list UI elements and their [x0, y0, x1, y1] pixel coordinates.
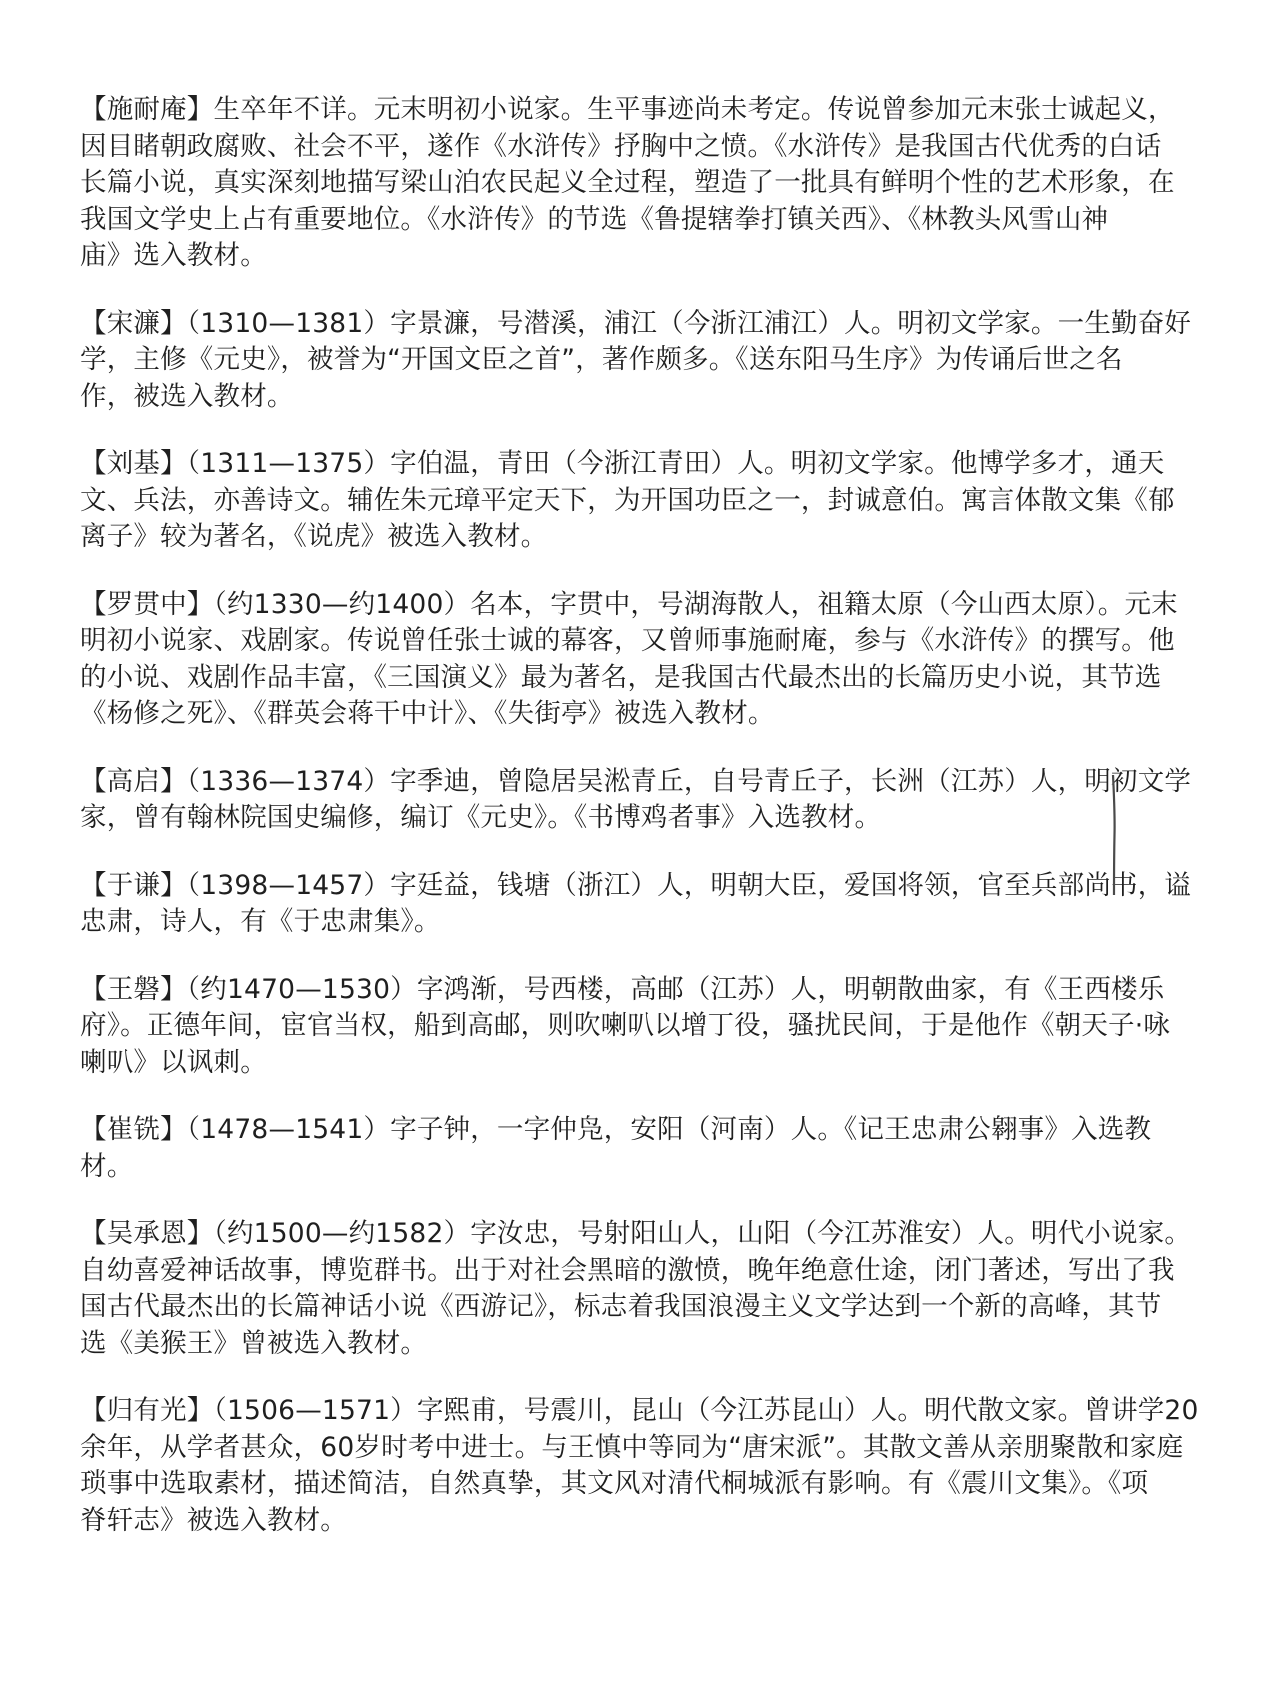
entry-line: 【崔铣】（1478—1541）字子钟，一字仲凫，安阳（河南）人。《记王忠肃公翱事…	[80, 1112, 1210, 1149]
entry-line: 【宋濂】（1310—1381）字景濂，号潜溪，浦江（今浙江浦江）人。明初文学家。…	[80, 306, 1210, 343]
entry-wu-chengen: 【吴承恩】（约1500—约1582）字汝忠，号射阳山人，山阳（今江苏淮安）人。明…	[80, 1216, 1210, 1362]
entry-line: 《杨修之死》、《群英会蒋干中计》、《失街亭》被选入教材。	[80, 696, 1210, 733]
entry-luo-guanzhong: 【罗贯中】（约1330—约1400）名本，字贯中，号湖海散人，祖籍太原（今山西太…	[80, 587, 1210, 733]
entry-line: 国古代最杰出的长篇神话小说《西游记》，标志着我国浪漫主义文学达到一个新的高峰，其…	[80, 1289, 1210, 1326]
entry-line: 余年，从学者甚众，60岁时考中进士。与王慎中等同为“唐宋派”。其散文善从亲朋聚散…	[80, 1430, 1210, 1467]
entry-wang-pan: 【王磐】（约1470—1530）字鸿渐，号西楼，高邮（江苏）人，明朝散曲家，有《…	[80, 972, 1210, 1082]
entry-line: 喇叭》以讽刺。	[80, 1045, 1210, 1082]
entry-line: 家，曾有翰林院国史编修，编订《元史》。《书博鸡者事》入选教材。	[80, 800, 1210, 837]
entry-gui-youguang: 【归有光】（1506—1571）字熙甫，号震川，昆山（今江苏昆山）人。明代散文家…	[80, 1393, 1210, 1539]
entry-yu-qian: 【于谦】（1398—1457）字廷益，钱塘（浙江）人，明朝大臣，爱国将领，官至兵…	[80, 868, 1210, 941]
entry-line: 【刘基】（1311—1375）字伯温，青田（今浙江青田）人。明初文学家。他博学多…	[80, 446, 1210, 483]
entry-line: 庙》选入教材。	[80, 238, 1210, 275]
entry-song-lian: 【宋濂】（1310—1381）字景濂，号潜溪，浦江（今浙江浦江）人。明初文学家。…	[80, 306, 1210, 416]
entry-line: 自幼喜爱神话故事，博览群书。出于对社会黑暗的激愤，晚年绝意仕途，闭门著述，写出了…	[80, 1253, 1210, 1290]
entry-line: 材。	[80, 1149, 1210, 1186]
entry-line: 【施耐庵】生卒年不详。元末明初小说家。生平事迹尚未考定。传说曾参加元末张士诚起义…	[80, 92, 1210, 129]
entry-line: 学，主修《元史》，被誉为“开国文臣之首”，著作颇多。《送东阳马生序》为传诵后世之…	[80, 342, 1210, 379]
entry-line: 选《美猴王》曾被选入教材。	[80, 1326, 1210, 1363]
entry-line: 的小说、戏剧作品丰富，《三国演义》最为著名，是我国古代最杰出的长篇历史小说，其节…	[80, 660, 1210, 697]
entry-line: 明初小说家、戏剧家。传说曾任张士诚的幕客，又曾师事施耐庵，参与《水浒传》的撰写。…	[80, 623, 1210, 660]
entry-line: 因目睹朝政腐败、社会不平，遂作《水浒传》抒胸中之愤。《水浒传》是我国古代优秀的白…	[80, 129, 1210, 166]
entry-shi-naian: 【施耐庵】生卒年不详。元末明初小说家。生平事迹尚未考定。传说曾参加元末张士诚起义…	[80, 92, 1210, 275]
author-notes-document: 【施耐庵】生卒年不详。元末明初小说家。生平事迹尚未考定。传说曾参加元末张士诚起义…	[80, 92, 1210, 1570]
entry-line: 【于谦】（1398—1457）字廷益，钱塘（浙江）人，明朝大臣，爱国将领，官至兵…	[80, 868, 1210, 905]
entry-line: 长篇小说，真实深刻地描写梁山泊农民起义全过程，塑造了一批具有鲜明个性的艺术形象，…	[80, 165, 1210, 202]
entry-line: 【高启】（1336—1374）字季迪，曾隐居吴淞青丘，自号青丘子，长洲（江苏）人…	[80, 764, 1210, 801]
entry-line: 脊轩志》被选入教材。	[80, 1503, 1210, 1540]
entry-cui-xian: 【崔铣】（1478—1541）字子钟，一字仲凫，安阳（河南）人。《记王忠肃公翱事…	[80, 1112, 1210, 1185]
entry-line: 【归有光】（1506—1571）字熙甫，号震川，昆山（今江苏昆山）人。明代散文家…	[80, 1393, 1210, 1430]
entry-liu-ji: 【刘基】（1311—1375）字伯温，青田（今浙江青田）人。明初文学家。他博学多…	[80, 446, 1210, 556]
entry-line: 我国文学史上占有重要地位。《水浒传》的节选《鲁提辖拳打镇关西》、《林教头风雪山神	[80, 202, 1210, 239]
entry-line: 离子》较为著名，《说虎》被选入教材。	[80, 519, 1210, 556]
entry-line: 【吴承恩】（约1500—约1582）字汝忠，号射阳山人，山阳（今江苏淮安）人。明…	[80, 1216, 1210, 1253]
entry-line: 琐事中选取素材，描述简洁，自然真挚，其文风对清代桐城派有影响。有《震川文集》。《…	[80, 1466, 1210, 1503]
entry-line: 文、兵法，亦善诗文。辅佐朱元璋平定天下，为开国功臣之一，封诚意伯。寓言体散文集《…	[80, 483, 1210, 520]
entry-gao-qi: 【高启】（1336—1374）字季迪，曾隐居吴淞青丘，自号青丘子，长洲（江苏）人…	[80, 764, 1210, 837]
entry-line: 府》。正德年间，宦官当权，船到高邮，则吹喇叭以增丁役，骚扰民间，于是他作《朝天子…	[80, 1008, 1210, 1045]
entry-line: 【王磐】（约1470—1530）字鸿渐，号西楼，高邮（江苏）人，明朝散曲家，有《…	[80, 972, 1210, 1009]
entry-line: 【罗贯中】（约1330—约1400）名本，字贯中，号湖海散人，祖籍太原（今山西太…	[80, 587, 1210, 624]
entry-line: 作，被选入教材。	[80, 379, 1210, 416]
entry-line: 忠肃，诗人，有《于忠肃集》。	[80, 904, 1210, 941]
